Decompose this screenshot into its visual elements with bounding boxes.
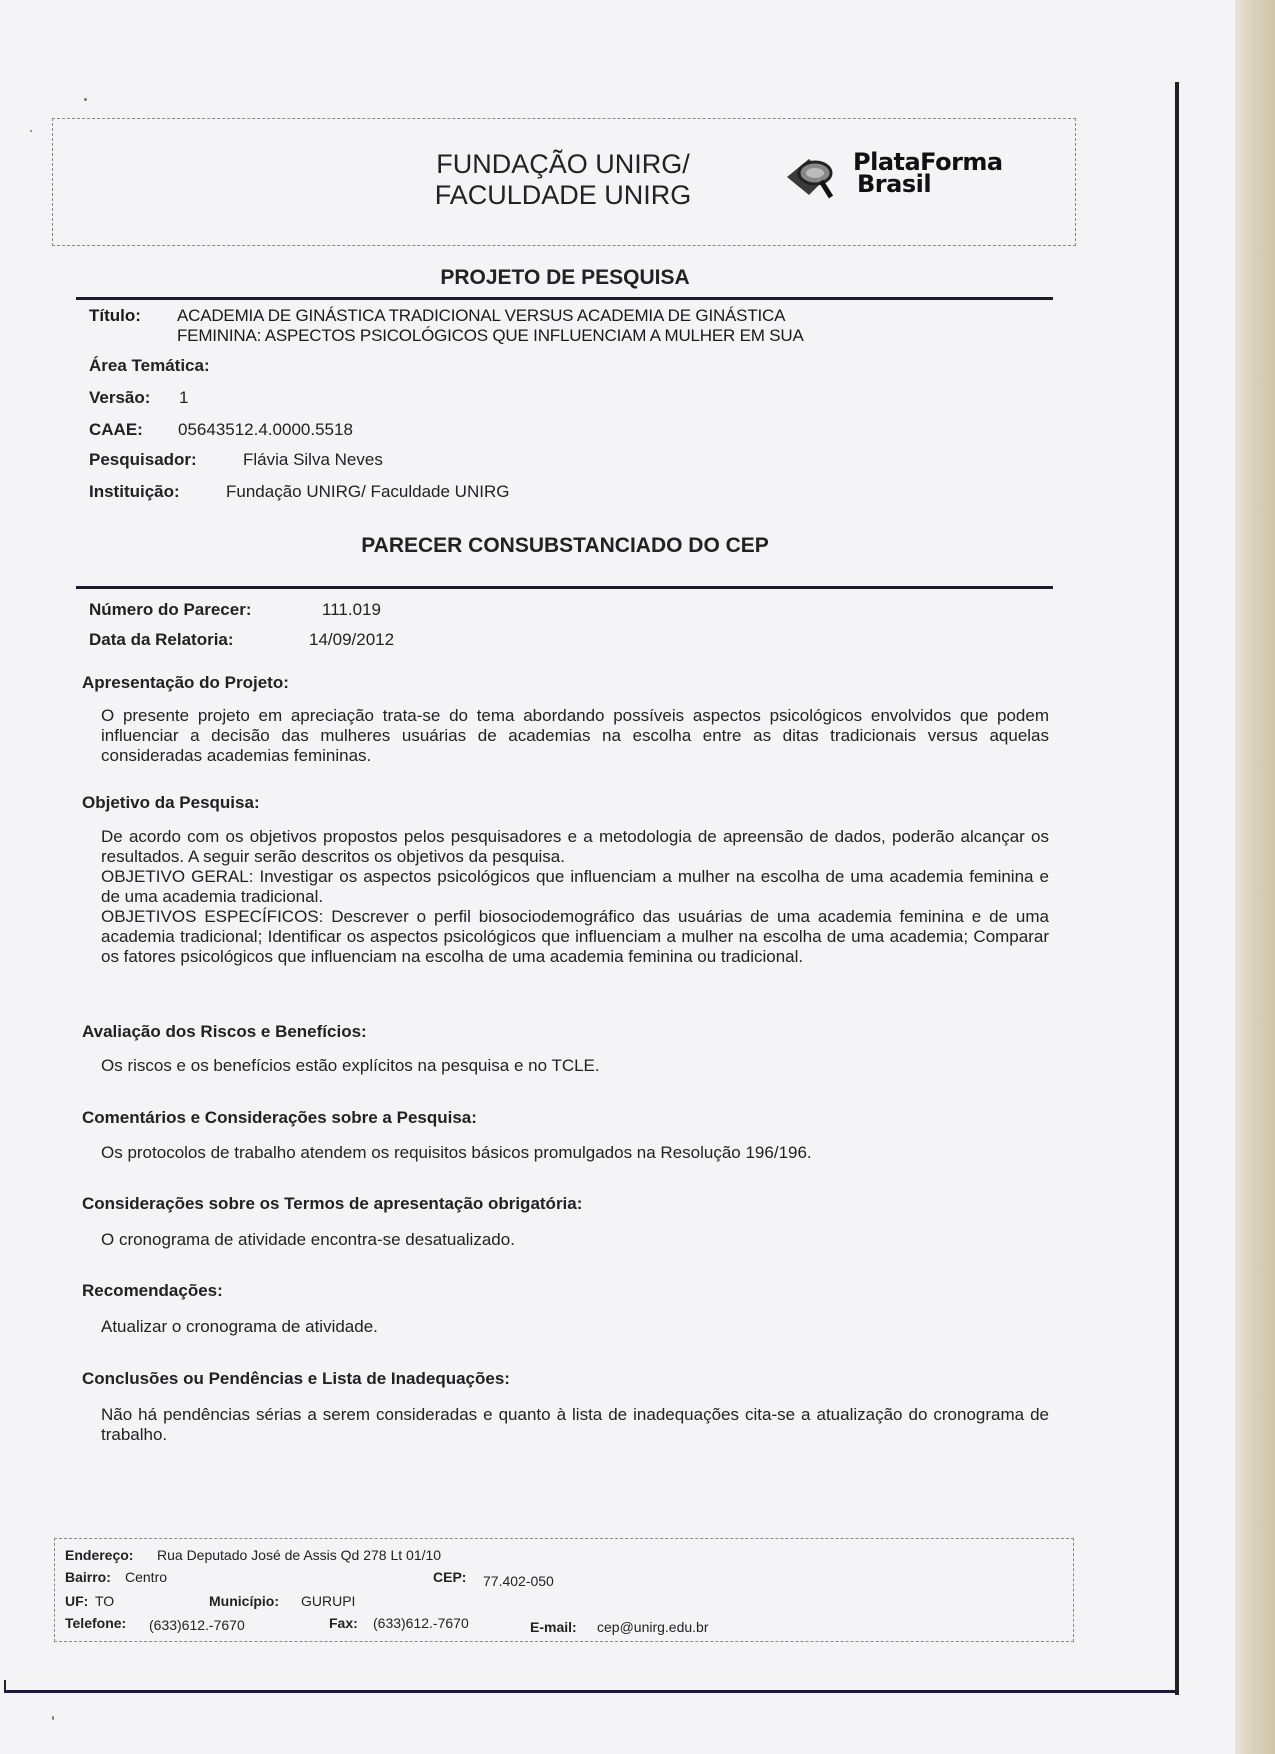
field-value: Fundação UNIRG/ Faculdade UNIRG xyxy=(226,482,509,502)
field-label: Área Temática: xyxy=(89,356,210,376)
uf-label: UF: xyxy=(65,1593,88,1609)
field-label: Data da Relatoria: xyxy=(89,630,234,650)
field-label: Instituição: xyxy=(89,482,180,502)
fax-label: Fax: xyxy=(329,1615,358,1631)
titulo-line-1: ACADEMIA DE GINÁSTICA TRADICIONAL VERSUS… xyxy=(177,306,937,326)
parecer-heading: PARECER CONSUBSTANCIADO DO CEP xyxy=(0,534,1130,558)
field-value: ACADEMIA DE GINÁSTICA TRADICIONAL VERSUS… xyxy=(177,306,937,346)
section-label-comentarios: Comentários e Considerações sobre a Pesq… xyxy=(82,1108,477,1128)
field-label: Número do Parecer: xyxy=(89,600,252,620)
bairro-value: Centro xyxy=(125,1569,167,1585)
paragraph: OBJETIVO GERAL: Investigar os aspectos p… xyxy=(101,867,1049,907)
plataforma-brasil-logo-icon xyxy=(787,155,847,199)
logo-text: PlataForma Brasil xyxy=(853,151,1003,195)
projeto-heading: PROJETO DE PESQUISA xyxy=(0,266,1130,290)
scanned-paper-edge xyxy=(1235,0,1275,1754)
email-label: E-mail: xyxy=(530,1619,577,1635)
field-label: Versão: xyxy=(89,388,150,408)
paragraph: De acordo com os objetivos propostos pel… xyxy=(101,827,1049,867)
paragraph: O cronograma de atividade encontra-se de… xyxy=(101,1230,1049,1250)
field-value: 111.019 xyxy=(322,600,381,620)
telefone-label: Telefone: xyxy=(65,1615,126,1631)
uf-value: TO xyxy=(95,1593,114,1609)
scan-speck xyxy=(30,130,32,132)
field-value: 14/09/2012 xyxy=(309,630,394,650)
institution-name: FUNDAÇÃO UNIRG/ FACULDADE UNIRG xyxy=(343,149,783,211)
section-body-riscos: Os riscos e os benefícios estão explícit… xyxy=(101,1056,1049,1076)
endereco-label: Endereço: xyxy=(65,1547,133,1563)
logo-text-line-2: Brasil xyxy=(853,173,1003,195)
divider-rule xyxy=(76,297,1053,300)
page-border-right xyxy=(1175,82,1179,1695)
field-value: 1 xyxy=(179,388,188,408)
field-value: Flávia Silva Neves xyxy=(243,450,383,470)
scan-speck xyxy=(84,98,87,101)
email-value: cep@unirg.edu.br xyxy=(597,1619,709,1635)
bairro-label: Bairro: xyxy=(65,1569,111,1585)
institution-line-2: FACULDADE UNIRG xyxy=(343,180,783,211)
paragraph: O presente projeto em apreciação trata-s… xyxy=(101,706,1049,766)
section-body-apresentacao: O presente projeto em apreciação trata-s… xyxy=(101,706,1049,766)
page-border-corner xyxy=(4,1680,6,1692)
paragraph: Os riscos e os benefícios estão explícit… xyxy=(101,1056,1049,1076)
section-body-conclusoes: Não há pendências sérias a serem conside… xyxy=(101,1405,1049,1445)
field-label: Título: xyxy=(89,306,141,326)
institution-line-1: FUNDAÇÃO UNIRG/ xyxy=(343,149,783,180)
cep-label: CEP: xyxy=(433,1569,466,1585)
section-body-comentarios: Os protocolos de trabalho atendem os req… xyxy=(101,1143,1049,1163)
section-body-objetivo: De acordo com os objetivos propostos pel… xyxy=(101,827,1049,967)
paragraph: Atualizar o cronograma de atividade. xyxy=(101,1317,1049,1337)
section-label-objetivo: Objetivo da Pesquisa: xyxy=(82,793,260,813)
endereco-value: Rua Deputado José de Assis Qd 278 Lt 01/… xyxy=(157,1547,441,1563)
section-label-riscos: Avaliação dos Riscos e Benefícios: xyxy=(82,1022,367,1042)
address-footer: Endereço: Rua Deputado José de Assis Qd … xyxy=(54,1538,1074,1642)
page-border-bottom xyxy=(4,1690,1178,1693)
paragraph: Não há pendências sérias a serem conside… xyxy=(101,1405,1049,1445)
fax-value: (633)612.-7670 xyxy=(373,1615,469,1631)
section-label-conclusoes: Conclusões ou Pendências e Lista de Inad… xyxy=(82,1369,510,1389)
municipio-value: GURUPI xyxy=(301,1593,355,1609)
paragraph: Os protocolos de trabalho atendem os req… xyxy=(101,1143,1049,1163)
section-body-termos: O cronograma de atividade encontra-se de… xyxy=(101,1230,1049,1250)
section-label-termos: Considerações sobre os Termos de apresen… xyxy=(82,1194,582,1214)
field-label: CAAE: xyxy=(89,420,143,440)
section-label-apresentacao: Apresentação do Projeto: xyxy=(82,673,289,693)
municipio-label: Município: xyxy=(209,1593,279,1609)
plataforma-brasil-logo: PlataForma Brasil xyxy=(779,139,1039,219)
telefone-value: (633)612.-7670 xyxy=(149,1617,245,1633)
field-value: 05643512.4.0000.5518 xyxy=(178,420,353,440)
titulo-line-2: FEMININA: ASPECTOS PSICOLÓGICOS QUE INFL… xyxy=(177,326,937,346)
section-label-recomendacoes: Recomendações: xyxy=(82,1281,223,1301)
cep-value: 77.402-050 xyxy=(483,1573,554,1589)
scan-speck xyxy=(52,1716,54,1720)
divider-rule xyxy=(76,586,1053,589)
paragraph: OBJETIVOS ESPECÍFICOS: Descrever o perfi… xyxy=(101,907,1049,967)
field-label: Pesquisador: xyxy=(89,450,197,470)
section-body-recomendacoes: Atualizar o cronograma de atividade. xyxy=(101,1317,1049,1337)
document-header: FUNDAÇÃO UNIRG/ FACULDADE UNIRG PlataFor… xyxy=(52,118,1076,246)
